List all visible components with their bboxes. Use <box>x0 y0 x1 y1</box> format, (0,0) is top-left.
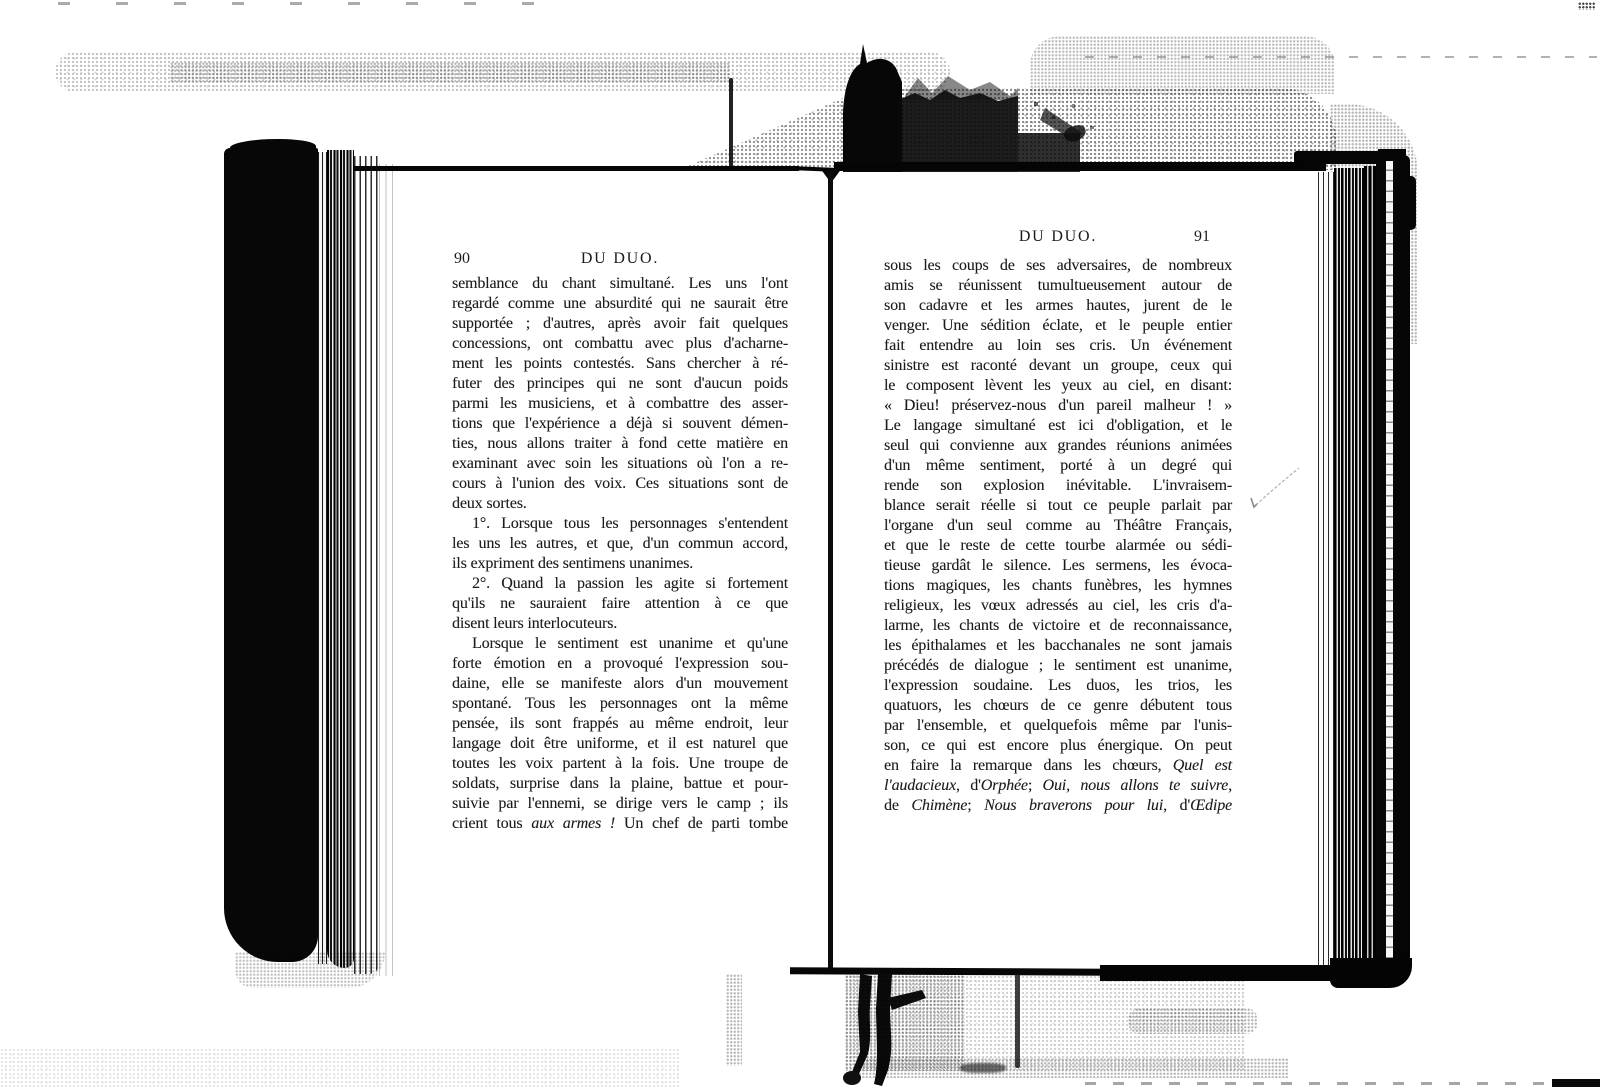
text-line: d'un même sentiment, porté à un degré qu… <box>884 456 1232 476</box>
left-book-edge-stripes-faint <box>379 164 394 976</box>
binding-ink-blob <box>820 38 1120 178</box>
text-line: deux sortes. <box>452 494 788 514</box>
text-line: l'audacieux, d'Orphée; Oui, nous allons … <box>884 776 1232 796</box>
text-line: l'expression soudaine. Les duos, les tri… <box>884 676 1232 696</box>
text-line: ties, nous allons traiter à fond cette m… <box>452 434 788 454</box>
text-line: les uns les autres, et que, d'un commun … <box>452 534 788 554</box>
text-line: daine, elle se manifeste alors d'un mouv… <box>452 674 788 694</box>
text-line: religieux, les vœux adressés au ciel, le… <box>884 596 1232 616</box>
text-line: examinant avec soin les situations où l'… <box>452 454 788 474</box>
text-line: sous les coups de ses adversaires, de no… <box>884 256 1232 276</box>
right-page-top-border <box>834 162 1326 171</box>
text-line: l'organe d'un seul comme au Théâtre Fran… <box>884 516 1232 536</box>
text-line: regardé comme une absurdité qui ne saura… <box>452 294 788 314</box>
scan-speck-row-top-left <box>58 2 558 5</box>
right-page-number: 91 <box>1194 228 1210 246</box>
text-line: amis se réunissent tumultueusement autou… <box>884 276 1232 296</box>
text-line: rende son explosion inévitable. L'invrai… <box>884 476 1232 496</box>
right-book-edge-stripes-mixed <box>1364 166 1376 974</box>
text-line: qu'ils ne sauraient faire attention à ce… <box>452 594 788 614</box>
book-scan-spread: 90 DU DUO. semblance du chant simultané.… <box>0 0 1600 1088</box>
text-line: quatuors, les chœurs de ce genre débuten… <box>884 696 1232 716</box>
text-line: spontané. Tous les personnages ont la mê… <box>452 694 788 714</box>
right-page: DU DUO. 91 sous les coups de ses adversa… <box>884 228 1232 816</box>
text-line: ment les points contestés. Sans chercher… <box>452 354 788 374</box>
text-line: son, ce qui est encore plus énergique. O… <box>884 736 1232 756</box>
text-line: larme, les chants de victoire et de reco… <box>884 616 1232 636</box>
text-line: soldats, surprise dans la plaine, battue… <box>452 774 788 794</box>
text-line: forte émotion en a provoqué l'expression… <box>452 654 788 674</box>
left-book-edge-solid <box>224 148 318 962</box>
bottom-dash-solid-end <box>1552 1079 1600 1087</box>
text-line: fait entendre au loin ses cris. Un événe… <box>884 336 1232 356</box>
bottom-faint-strip <box>726 974 742 1066</box>
text-line: pensée, ils sont frappés au même endroit… <box>452 714 788 734</box>
text-line: venger. Une sédition éclate, et le peupl… <box>884 316 1232 336</box>
text-line: disent leurs interlocuteurs. <box>452 614 788 634</box>
bottom-noise-patch <box>1128 1008 1258 1034</box>
text-line: 2°. Quand la passion les agite si fortem… <box>452 574 788 594</box>
scan-speck-top-right-corner <box>1578 2 1596 10</box>
text-line: tions que l'expérience a déjà si souvent… <box>452 414 788 434</box>
page-gutter-line <box>828 170 833 973</box>
text-line: par l'ensemble, et quelquefois même par … <box>884 716 1232 736</box>
text-line: suivie par l'ennemi, se dirige vers le c… <box>452 794 788 814</box>
pencil-check-mark <box>1243 460 1305 512</box>
right-book-edge-bump <box>1409 176 1416 230</box>
text-line: parmi les musiciens, et à combattre des … <box>452 394 788 414</box>
text-line: le composent lèvent les yeux au ciel, en… <box>884 376 1232 396</box>
text-line: 1°. Lorsque tous les personnages s'enten… <box>452 514 788 534</box>
left-page: 90 DU DUO. semblance du chant simultané.… <box>452 250 788 834</box>
text-line: précédés de dialogue ; le sentiment est … <box>884 656 1232 676</box>
left-book-edge-stripes-sparse <box>354 156 379 974</box>
text-line: ils expriment des sentimens unanimes. <box>452 554 788 574</box>
left-page-header: 90 DU DUO. <box>452 250 788 272</box>
left-running-title: DU DUO. <box>452 250 788 268</box>
bottom-speck-row <box>858 1058 1288 1078</box>
text-line: son cadavre et les armes hautes, jurent … <box>884 296 1232 316</box>
right-page-text: sous les coups de ses adversaires, de no… <box>884 256 1232 816</box>
left-page-number: 90 <box>454 250 470 268</box>
right-book-edge-white-channel <box>1386 160 1393 978</box>
left-page-text: semblance du chant simultané. Les uns l'… <box>452 274 788 834</box>
text-line: toutes les voix partent à la fois. Une t… <box>452 754 788 774</box>
bottom-dashed-line <box>1085 1082 1597 1085</box>
text-line: Le langage simultané est ici d'obligatio… <box>884 416 1232 436</box>
right-running-title: DU DUO. <box>884 228 1232 246</box>
text-line: supportée ; d'autres, après avoir fait q… <box>452 314 788 334</box>
text-line: langage doit être uniforme, et il est na… <box>452 734 788 754</box>
text-line: tions magiques, les chants funèbres, les… <box>884 576 1232 596</box>
left-book-edge-bottom-shadow <box>235 952 385 988</box>
text-line: crient tous aux armes ! Un chef de parti… <box>452 814 788 834</box>
text-line: et que le reste de cette tourbe alarmée … <box>884 536 1232 556</box>
text-line: en faire la remarque dans les chœurs, Qu… <box>884 756 1232 776</box>
text-line: « Dieu! préservez-nous d'un pareil malhe… <box>884 396 1232 416</box>
right-book-edge-solid-inner <box>1376 158 1386 980</box>
text-line: Lorsque le sentiment est unanime et qu'u… <box>452 634 788 654</box>
text-line: concessions, ont combattu avec plus d'ac… <box>452 334 788 354</box>
text-line: blance serait réelle si tout ce peuple p… <box>884 496 1232 516</box>
text-line: sinistre est raconté devant un groupe, c… <box>884 356 1232 376</box>
text-line: seul qui convienne aux grandes réunions … <box>884 436 1232 456</box>
bottom-left-faint-noise <box>0 1048 680 1088</box>
text-line: semblance du chant simultané. Les uns l'… <box>452 274 788 294</box>
right-book-edge-stripes-light <box>1318 172 1334 970</box>
bottom-vertical-mark <box>1015 974 1020 1068</box>
text-line: futer des principes qui ne sont d'aucun … <box>452 374 788 394</box>
text-line: les épithalames et les bacchanales ne so… <box>884 636 1232 656</box>
left-book-edge-stripes-dense <box>327 150 354 968</box>
right-page-bottom-corner-join <box>1330 958 1412 988</box>
right-page-header: DU DUO. 91 <box>884 228 1232 254</box>
bottom-noise-dense <box>845 975 965 1071</box>
right-book-edge-top-step <box>1378 149 1406 161</box>
text-line: tieuse gardât le silence. Les sermens, l… <box>884 556 1232 576</box>
text-line: cours à l'union des voix. Ces situations… <box>452 474 788 494</box>
scan-noise-band-core <box>170 62 730 82</box>
left-page-top-border <box>348 166 800 171</box>
left-book-edge-slit <box>318 152 327 964</box>
binding-top-thread-line <box>729 78 733 170</box>
bottom-ink-smudge <box>960 1063 1006 1073</box>
right-book-edge-stripes-dense <box>1334 168 1364 972</box>
right-book-edge-solid-outer <box>1393 155 1410 981</box>
text-line: de Chimène; Nous braverons pour lui, d'Œ… <box>884 796 1232 816</box>
